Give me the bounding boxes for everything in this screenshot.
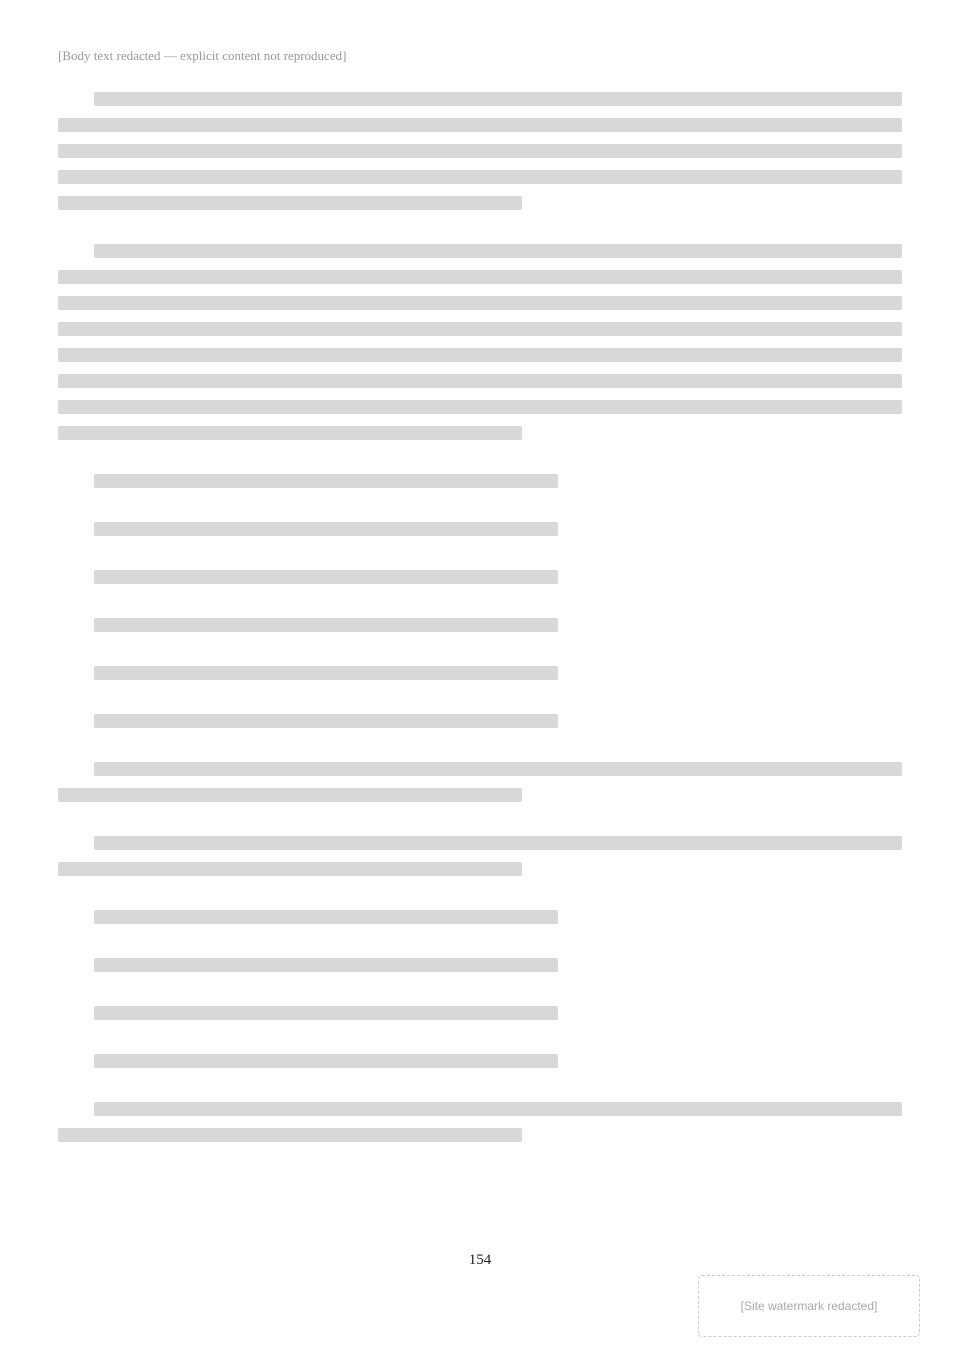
redacted-text-line	[94, 910, 558, 924]
redacted-paragraph	[58, 1102, 902, 1142]
redacted-paragraph	[58, 618, 902, 632]
redacted-text-line	[58, 170, 902, 184]
redacted-text-line	[58, 400, 902, 414]
redacted-text-line	[58, 1128, 522, 1142]
redacted-text-line	[58, 348, 902, 362]
redacted-text-line	[94, 474, 558, 488]
page-number: 154	[0, 1252, 960, 1269]
redacted-text-line	[58, 196, 522, 210]
redacted-paragraph	[58, 910, 902, 924]
paragraph-blocks	[58, 92, 902, 1142]
redacted-text-line	[94, 92, 902, 106]
redacted-text-line	[94, 958, 558, 972]
redacted-text-line	[58, 296, 902, 310]
redacted-text-line	[94, 1006, 558, 1020]
redacted-text-line	[58, 270, 902, 284]
redacted-paragraph	[58, 1054, 902, 1068]
redacted-paragraph	[58, 714, 902, 728]
redacted-paragraph	[58, 762, 902, 802]
redacted-text-line	[94, 522, 558, 536]
redacted-text-line	[94, 1054, 558, 1068]
document-page: [Body text redacted — explicit content n…	[0, 0, 960, 1357]
redacted-text-line	[94, 762, 902, 776]
redaction-note: [Body text redacted — explicit content n…	[58, 48, 902, 64]
redacted-paragraph	[58, 666, 902, 680]
redacted-text-line	[58, 374, 902, 388]
redacted-paragraph	[58, 92, 902, 210]
redacted-paragraph	[58, 474, 902, 488]
redacted-text-line	[58, 144, 902, 158]
redacted-text-line	[58, 118, 902, 132]
redacted-text-line	[58, 788, 522, 802]
redacted-paragraph	[58, 836, 902, 876]
redacted-text-line	[94, 714, 558, 728]
redacted-text-line	[94, 570, 558, 584]
redacted-text-line	[94, 666, 558, 680]
redacted-paragraph	[58, 244, 902, 440]
redacted-text-line	[58, 426, 522, 440]
redacted-text-line	[94, 836, 902, 850]
redacted-paragraph	[58, 958, 902, 972]
redacted-text-line	[58, 322, 902, 336]
redacted-paragraph	[58, 570, 902, 584]
redacted-text-line	[94, 244, 902, 258]
watermark-logo: [Site watermark redacted]	[698, 1275, 920, 1337]
redacted-text-line	[58, 862, 522, 876]
redacted-text-line	[94, 618, 558, 632]
redacted-text-line	[94, 1102, 902, 1116]
redacted-paragraph	[58, 1006, 902, 1020]
redacted-paragraph	[58, 522, 902, 536]
